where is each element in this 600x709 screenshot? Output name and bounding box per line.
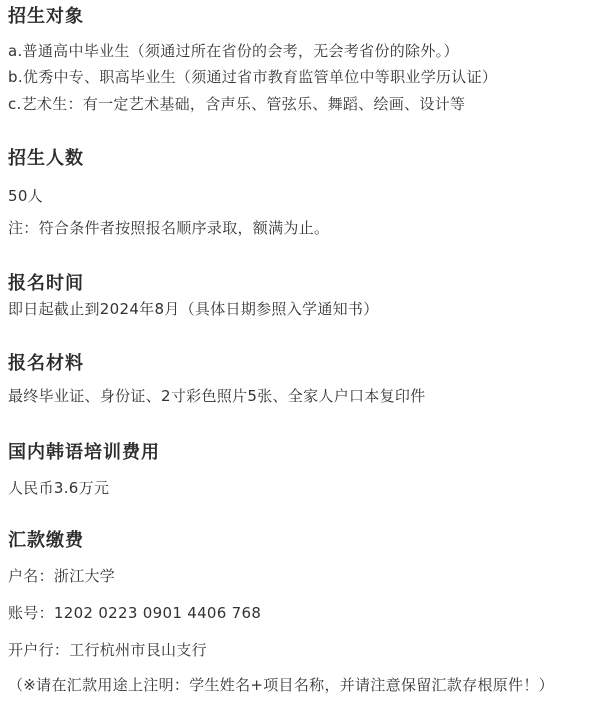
remittance-account-name: 户名：浙江大学 (8, 567, 596, 585)
section-heading-remittance-payment: 汇款缴费 (8, 530, 596, 552)
enrollment-quota-value: 50人 (8, 187, 596, 205)
enrollment-target-item-b: b.优秀中专、职高毕业生（须通过省市教育监管单位中等职业学历认证） (8, 68, 596, 86)
registration-materials-value: 最终毕业证、身份证、2寸彩色照片5张、全家人户口本复印件 (8, 387, 596, 405)
enrollment-target-item-a: a.普通高中毕业生（须通过所在省份的会考，无会考省份的除外。） (8, 42, 596, 60)
section-heading-registration-materials: 报名材料 (8, 353, 596, 375)
section-heading-enrollment-quota: 招生人数 (8, 148, 596, 170)
remittance-bank-branch: 开户行：工行杭州市艮山支行 (8, 641, 596, 659)
enrollment-quota-note: 注：符合条件者按照报名顺序录取，额满为止。 (8, 219, 596, 237)
remittance-account-number: 账号：1202 0223 0901 4406 768 (8, 604, 596, 622)
korean-training-fee-value: 人民币3.6万元 (8, 479, 596, 497)
section-heading-enrollment-target: 招生对象 (8, 6, 596, 28)
registration-time-value: 即日起截止到2024年8月（具体日期参照入学通知书） (8, 300, 596, 318)
section-heading-registration-time: 报名时间 (8, 273, 596, 295)
section-heading-korean-training-fee: 国内韩语培训费用 (8, 442, 596, 464)
remittance-note: （※请在汇款用途上注明：学生姓名+项目名称，并请注意保留汇款存根原件！） (8, 676, 596, 694)
enrollment-target-item-c: c.艺术生：有一定艺术基础，含声乐、管弦乐、舞蹈、绘画、设计等 (8, 95, 596, 113)
enrollment-notice-document: 招生对象 a.普通高中毕业生（须通过所在省份的会考，无会考省份的除外。） b.优… (0, 0, 600, 709)
